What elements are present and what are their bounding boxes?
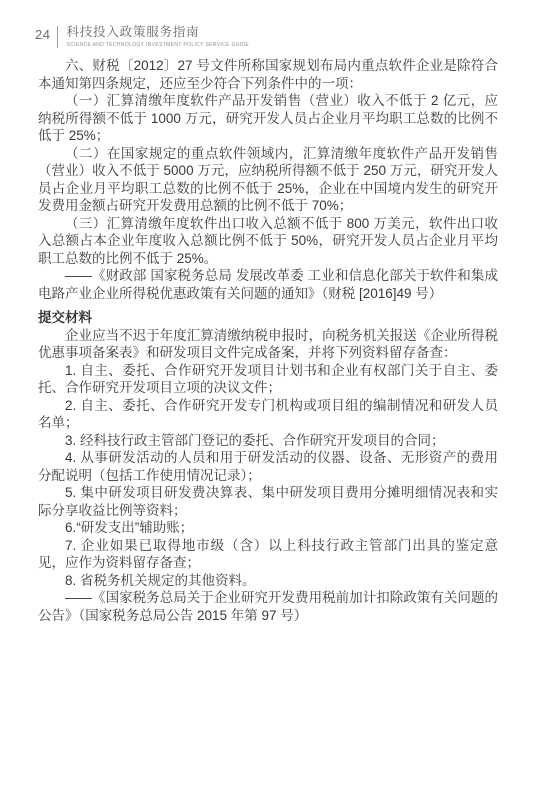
material-item-4: 4. 从事研发活动的人员和用于研发活动的仪器、设备、无形资产的费用分配说明（包括… bbox=[38, 449, 498, 484]
page-header: 24 科技投入政策服务指南 SCIENCE AND TECHNOLOGY INV… bbox=[35, 25, 500, 48]
material-item-8: 8. 省税务机关规定的其他资料。 bbox=[38, 572, 498, 590]
document-page: 24 科技投入政策服务指南 SCIENCE AND TECHNOLOGY INV… bbox=[0, 0, 536, 793]
header-title-block: 科技投入政策服务指南 SCIENCE AND TECHNOLOGY INVEST… bbox=[66, 25, 249, 48]
citation-caishui-2016-49: ——《财政部 国家税务总局 发展改革委 工业和信息化部关于软件和集成电路产业企业… bbox=[38, 267, 498, 302]
guide-title: 科技投入政策服务指南 bbox=[66, 25, 249, 40]
paragraph-condition-intro: 六、财税〔2012〕27 号文件所称国家规划布局内重点软件企业是除符合本通知第四… bbox=[38, 57, 498, 92]
material-item-5: 5. 集中研发项目研发费决算表、集中研发项目费用分摊明细情况表和实际分享收益比例… bbox=[38, 484, 498, 519]
paragraph-condition-1: （一）汇算清缴年度软件产品开发销售（营业）收入不低于 2 亿元，应纳税所得额不低… bbox=[38, 92, 498, 145]
material-item-7: 7. 企业如果已取得地市级（含）以上科技行政主管部门出具的鉴定意见，应作为资料留… bbox=[38, 537, 498, 572]
paragraph-condition-2: （二）在国家规定的重点软件领域内，汇算清缴年度软件产品开发销售（营业）收入不低于… bbox=[38, 145, 498, 215]
material-item-3: 3. 经科技行政主管部门登记的委托、合作研究开发项目的合同； bbox=[38, 432, 498, 450]
material-item-1: 1. 自主、委托、合作研究开发项目计划书和企业有权部门关于自主、委托、合作研究开… bbox=[38, 362, 498, 397]
header-divider bbox=[57, 26, 58, 48]
page-number: 24 bbox=[35, 28, 50, 41]
citation-announcement-2015-97: ——《国家税务总局关于企业研究开发费用税前加计扣除政策有关问题的公告》（国家税务… bbox=[38, 589, 498, 624]
materials-intro: 企业应当不迟于年度汇算清缴纳税申报时，向税务机关报送《企业所得税优惠事项备案表》… bbox=[38, 327, 498, 362]
material-item-2: 2. 自主、委托、合作研究开发专门机构或项目组的编制情况和研发人员名单； bbox=[38, 397, 498, 432]
section-heading-submit-materials: 提交材料 bbox=[38, 309, 498, 327]
page-body: 六、财税〔2012〕27 号文件所称国家规划布局内重点软件企业是除符合本通知第四… bbox=[38, 57, 498, 624]
material-item-6: 6.“研发支出”辅助账； bbox=[38, 519, 498, 537]
paragraph-condition-3: （三）汇算清缴年度软件出口收入总额不低于 800 万美元，软件出口收入总额占本企… bbox=[38, 215, 498, 268]
guide-subtitle-en: SCIENCE AND TECHNOLOGY INVESTMENT POLICY… bbox=[66, 42, 249, 48]
